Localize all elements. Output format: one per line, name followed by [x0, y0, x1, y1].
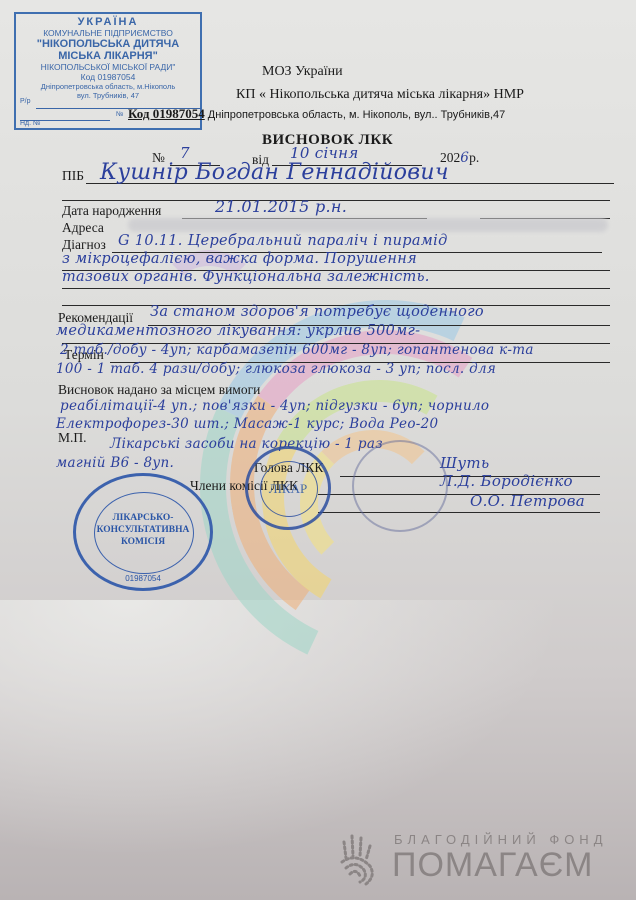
address-redacted	[128, 218, 608, 232]
stamp-street: вул. Трубників, 47	[16, 91, 200, 100]
stamp-field-rr: Р/р	[20, 98, 31, 105]
recommendation-line-6: Електрофорез-30 шт.; Масаж-1 курс; Вода …	[56, 416, 438, 432]
recommendation-line-5: реабілітації-4 уп.; пов'язки - 4уп; підг…	[60, 398, 489, 414]
stamp-country: УКРАЇНА	[16, 16, 200, 28]
stamp-text-2: КОНСУЛЬТАТИВНА	[76, 524, 210, 536]
address-label: Адреса	[62, 220, 104, 236]
recommendation-line-1: За станом здоров'я потребує щоденного	[150, 304, 484, 320]
commission-stamp: ЛІКАРСЬКО- КОНСУЛЬТАТИВНА КОМІСІЯ 019870…	[73, 473, 213, 591]
stamp-field-no: №	[116, 111, 124, 118]
hospital-address-line: Код 01987054 Дніпропетровська область, м…	[128, 106, 505, 122]
stamp-region: Дніпропетровська область, м.Нікополь	[16, 82, 200, 91]
stamp-code: Код 01987054	[16, 72, 200, 82]
dob-value: 21.01.2015 р.н.	[215, 197, 347, 216]
dob-label: Дата народження	[62, 203, 161, 219]
stamp-org-name-2: МІСЬКА ЛІКАРНЯ"	[16, 50, 200, 62]
diagnosis-line-2: з мікроцефалією, важка форма. Порушення	[62, 251, 417, 267]
stamp-council: НІКОПОЛЬСЬКОЇ МІСЬКОЇ РАДИ"	[16, 62, 200, 72]
charity-name: ПОМАГАЄМ	[392, 846, 593, 885]
recommendation-line-2: медикаментозного лікування: укрлив 500мг…	[56, 323, 420, 339]
member-2-signature: О.О. Петрова	[470, 492, 585, 510]
hospital-name: КП « Нікопольська дитяча міська лікарня»…	[236, 87, 524, 103]
recommendation-line-3: 2 таб./добу - 4уп; карбамазепін 600мг - …	[60, 342, 534, 358]
doc-year-digit: 6	[460, 150, 469, 166]
recommendation-line-4: 100 - 1 таб. 4 рази/добу; глюкоза глюкоз…	[56, 361, 496, 377]
pib-label: ПІБ	[62, 168, 84, 184]
diagnosis-line-3: тазових органів. Функціональна залежніст…	[62, 269, 430, 285]
ministry-header: МОЗ України	[262, 64, 343, 80]
hospital-code: Код 01987054	[128, 106, 205, 121]
pib-value: Кушнір Богдан Геннадійович	[100, 160, 449, 185]
head-signature: Шуть	[440, 454, 489, 472]
conclusion-label: Висновок надано за місцем вимоги	[58, 382, 260, 398]
faint-stamp	[352, 440, 448, 532]
stamp-org-type: КОМУНАЛЬНЕ ПІДПРИЄМСТВО	[16, 28, 200, 38]
doctor-stamp-text: ЛІКАР	[248, 481, 328, 497]
stamp-org-name-1: "НІКОПОЛЬСЬКА ДИТЯЧА	[16, 38, 200, 50]
charity-watermark: БЛАГОДІЙНИЙ ФОНД ПОМАГАЄМ	[336, 828, 626, 892]
stamp-field-nd: Нд. №	[20, 120, 41, 127]
hand-fingerprint-icon	[336, 832, 382, 888]
mp-label: М.П.	[58, 430, 87, 446]
member-1-signature: Л.Д. Бородієнко	[440, 472, 573, 490]
recommendation-line-8: магній B6 - 8уп.	[56, 455, 174, 471]
hospital-address: Дніпропетровська область, м. Нікополь, в…	[208, 109, 505, 121]
stamp-text-3: КОМІСІЯ	[76, 536, 210, 548]
stamp-code: 01987054	[76, 574, 210, 583]
charity-org-line: БЛАГОДІЙНИЙ ФОНД	[394, 832, 608, 847]
diagnosis-line-1: G 10.11. Церебральний параліч і пирамід	[118, 233, 448, 249]
recommendation-line-7: Лікарські засоби на корекцію - 1 раз	[110, 436, 383, 452]
doctor-stamp: ЛІКАР	[245, 446, 331, 530]
stamp-text-1: ЛІКАРСЬКО-	[76, 512, 210, 524]
